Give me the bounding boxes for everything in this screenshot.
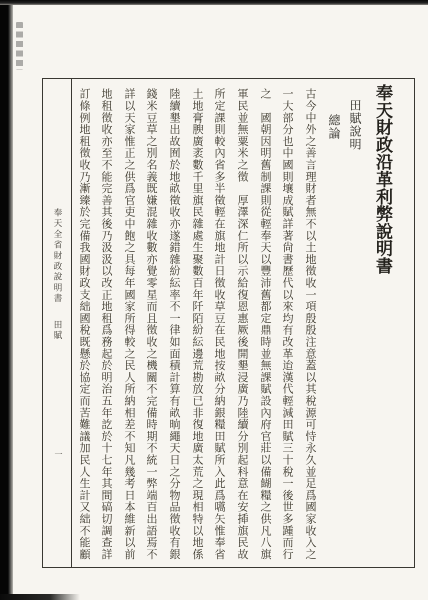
watermark-smudge — [16, 22, 23, 70]
body-column: 詳以天家惟正之供爲官吏中飽之具每年國家所得較之民人所納相差不知凡幾考日本維新以前 — [121, 88, 137, 560]
body-column: 軍民並無粟米之徵 厚澤深仁所以示給復恩惠厥後開墾浸廣乃陸續分別起科意在安揷旗民故 — [234, 88, 250, 560]
document-subtitle: 田賦說明 — [347, 99, 364, 151]
body-column: 土地膏腴廣袤數千里旗民雜處生聚數百年阡陌紛紜邊荒勘放已非復地廣太荒之現相特以地係 — [189, 88, 205, 560]
document-title: 奉天財政沿革利弊說明書 — [370, 84, 395, 274]
scan-edge-bottom — [0, 594, 80, 600]
scan-edge-top — [0, 0, 428, 5]
section-heading: 總論 — [326, 114, 343, 140]
spine-title: 奉天全省財政說明書 — [52, 208, 64, 304]
page-number: 一 — [53, 450, 64, 458]
body-column: 所定課則較內省多半徵輕在旗地計日徵收草豆在民地按畝分納銀糧田賦所入此爲嚆矢惟奉省 — [211, 88, 227, 560]
margin-strip-divider — [71, 78, 72, 568]
body-column: 一大部分也中國則壤成賦詳著尙書歷代以來均有改革迨漢代輕減田賦三十稅一後世多踵而行 — [279, 88, 295, 560]
body-column: 陸續墾出故囿於地畝徵收亦遂錯雜紛紜率不一律如面積計算有畝晌繩天日之分物品徵收有銀 — [166, 88, 182, 560]
spine-section-label: 田賦 — [52, 320, 64, 341]
body-column: 地租徵收亦至不能完善其後乃汲汲以改正地租爲務起於明治五年訖於十七年其間碻切調查詳 — [98, 88, 114, 560]
body-column: 錢米豆草之別名義既嫌混雜收數亦覺零星而且徵收之機關不完備時期不統一弊端百出語焉不 — [143, 88, 159, 560]
scanned-book-page: 奉天全省財政說明書 田賦 一 奉天財政沿革利弊說明書 田賦說明 總論 古今中外之… — [0, 0, 428, 600]
body-column: 古今中外之善言理財者無不以土地徵收一項殷殷注意蓋以其稅源可恃永久並足爲國家收入之 — [302, 88, 318, 560]
body-column: 訂條例地租徵收乃漸臻於完備我國財政支絀國稅既懸於協定而苦難議加民人生計又絀不能顧 — [76, 88, 92, 560]
scan-edge-left — [0, 0, 13, 600]
body-column: 之 國朝因明舊制課則從輕奉天以豐沛舊都定鼎時並無課賦設內府官莊以備餬糧之供凡八旗 — [257, 88, 273, 560]
